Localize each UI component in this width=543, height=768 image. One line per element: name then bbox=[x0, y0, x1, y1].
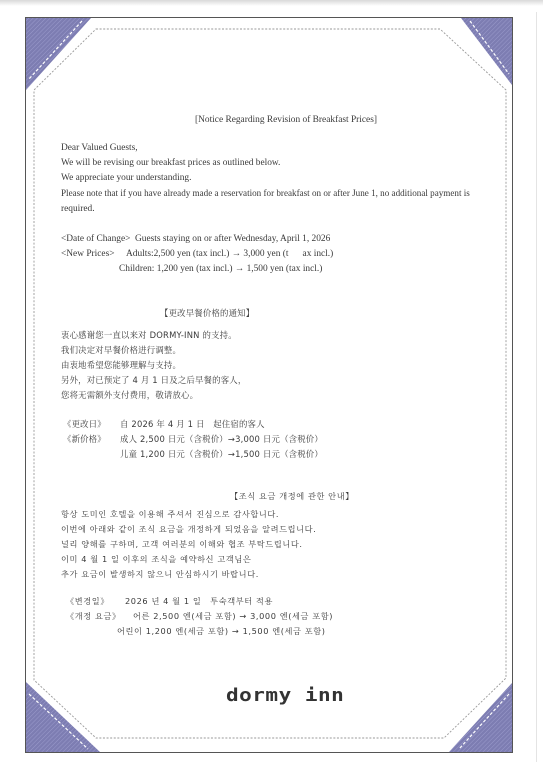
korean-title: 【조식 요금 개정에 관한 안내】 bbox=[230, 490, 354, 502]
chinese-line: 由衷地希望您能够理解与支持。 bbox=[61, 359, 181, 371]
korean-line: 추가 요금이 발생하지 않으니 안심하시기 바랍니다. bbox=[61, 568, 259, 580]
english-adults-price: Adults:2,500 yen (tax incl.) → 3,000 yen… bbox=[126, 248, 333, 260]
korean-children-price: 어린이 1,200 엔(세금 포함) → 1,500 엔(세금 포함) bbox=[117, 625, 326, 637]
corner-top-right bbox=[461, 18, 512, 85]
korean-date-value: 2026 년 4 월 1 일 투숙객부터 적용 bbox=[125, 595, 273, 607]
english-line: We will be revising our breakfast prices… bbox=[61, 157, 280, 169]
dormy-inn-logo: dormy inn bbox=[226, 685, 344, 705]
chinese-title: 【更改早餐价格的通知】 bbox=[160, 307, 254, 319]
chinese-adults-price: 成人 2,500 日元（含税价）→3,000 日元（含税价） bbox=[120, 433, 323, 445]
chinese-line: 我们决定对早餐价格进行调整。 bbox=[61, 344, 181, 356]
english-line: We appreciate your understanding. bbox=[61, 172, 191, 184]
english-line: required. bbox=[61, 203, 95, 215]
english-date-label: <Date of Change> bbox=[61, 233, 130, 245]
korean-prices-label: 《개정 요금》 bbox=[66, 610, 121, 622]
chinese-children-price: 儿童 1,200 日元（含税价）→1,500 日元（含税价） bbox=[120, 448, 323, 460]
corner-top-left bbox=[26, 18, 91, 90]
chinese-line: 您将无需额外支付费用，敬请放心。 bbox=[61, 389, 198, 401]
english-date-value: Guests staying on or after Wednesday, Ap… bbox=[135, 233, 330, 245]
chinese-date-value: 自 2026 年 4 月 1 日 起住宿的客人 bbox=[120, 418, 265, 430]
chinese-line: 另外，对已预定了 4 月 1 日及之后早餐的客人， bbox=[61, 374, 246, 386]
korean-line: 널리 양해를 구하며, 고객 여러분의 이해와 협조 부탁드립니다. bbox=[61, 538, 303, 550]
english-title: [Notice Regarding Revision of Breakfast … bbox=[195, 114, 377, 126]
chinese-line: 衷心感谢您一直以来对 DORMY-INN 的支持。 bbox=[61, 329, 237, 341]
english-greeting: Dear Valued Guests, bbox=[61, 142, 138, 154]
corner-bottom-right bbox=[449, 683, 512, 752]
english-prices-label: <New Prices> bbox=[61, 248, 115, 260]
korean-line: 이미 4 월 1 일 이후의 조식을 예약하신 고객님은 bbox=[61, 553, 251, 565]
english-children-price: Children: 1,200 yen (tax incl.) → 1,500 … bbox=[119, 263, 322, 275]
chinese-date-label: 《更改日》 bbox=[63, 418, 106, 430]
korean-line: 이번에 아래와 같이 조식 요금을 개정하게 되었음을 알려드립니다. bbox=[61, 523, 316, 535]
corner-bottom-left bbox=[26, 682, 100, 752]
korean-date-label: 《변경일》 bbox=[66, 595, 109, 607]
korean-line: 항상 도미인 호텔을 이용해 주셔서 진심으로 감사합니다. bbox=[61, 508, 279, 520]
korean-adults-price: 어른 2,500 엔(세금 포함) → 3,000 엔(세금 포함) bbox=[133, 610, 333, 622]
chinese-prices-label: 《新价格》 bbox=[63, 433, 106, 445]
english-line: Please note that if you have already mad… bbox=[61, 187, 470, 199]
